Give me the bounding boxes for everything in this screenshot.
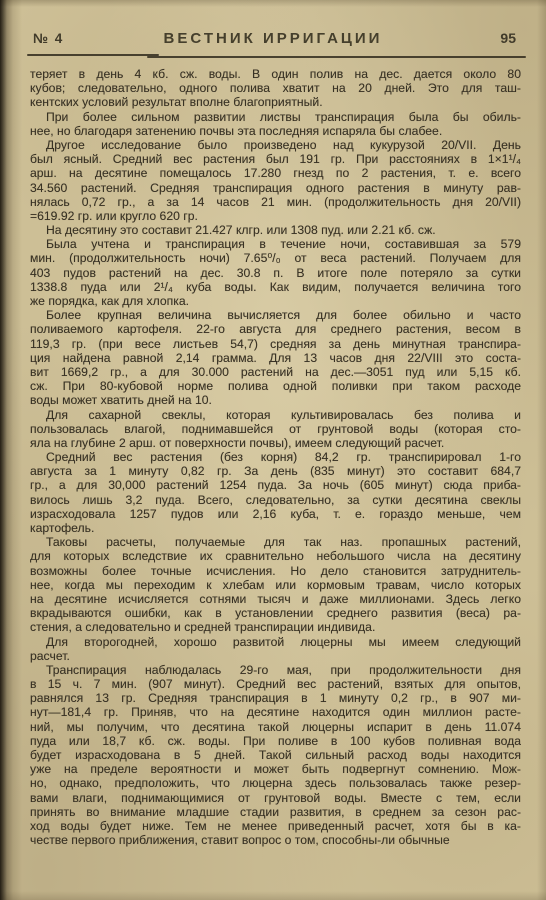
text-line: Средний вес растения (без корня) 84,2 гр… [30, 450, 521, 464]
text-line: честве первого приближения, ставит вопро… [30, 833, 521, 847]
binding-shadow [0, 0, 22, 900]
text-line: нялась 0,72 гр., а за 14 часов 21 мин. (… [30, 195, 521, 209]
text-line: для которых вследствие их сравнительно н… [30, 549, 521, 563]
text-line: Для сахарной свеклы, которая культивиров… [30, 408, 521, 422]
text-line: На десятину это составит 21.427 клгр. ил… [30, 223, 521, 237]
text-line: но, однако, предположить, что люцерна зд… [30, 776, 521, 790]
article-body: теряет в день 4 кб. сж. воды. В один пол… [30, 67, 521, 847]
text-line: Таковы расчеты, получаемые для так наз. … [30, 535, 521, 549]
text-line: вами влаги, поднимающимися от грунтовой … [30, 791, 521, 805]
text-line: При более сильном развитии листвы трансп… [30, 110, 521, 124]
text-line: вит 1669,2 гр., а для 30.000 растений на… [30, 365, 521, 379]
text-line: сж. При 80-кубовой норме полива одной по… [30, 379, 521, 393]
text-line: в 15 ч. 7 мин. (907 минут). Средний вес … [30, 677, 521, 691]
text-line: Была учтена и транспирация в течение ноч… [30, 237, 521, 251]
text-line: воды может хватить дней на 10. [30, 393, 521, 407]
text-line: нее, но благодаря затенению почвы эта по… [30, 124, 521, 138]
text-line: будет израсходована в 5 дней. Такой силь… [30, 748, 521, 762]
text-line: августа за 1 минуту 0,82 гр. За день (83… [30, 464, 521, 478]
text-line: картофель. [30, 521, 521, 535]
paragraph: Для сахарной свеклы, которая культивиров… [30, 408, 521, 451]
text-line: яла на глубине 2 арш. от поверхности поч… [30, 436, 521, 450]
text-line: мин. (продолжительность ночи) 7.65⁰/₀ от… [30, 251, 521, 265]
paragraph: Была учтена и транспирация в течение ноч… [30, 237, 521, 308]
text-line: уже на пределе вероятности и может быть … [30, 762, 521, 776]
paragraph: теряет в день 4 кб. сж. воды. В один пол… [30, 67, 521, 110]
paragraph: Транспирация наблюдалась 29-го мая, при … [30, 663, 521, 847]
paragraph: На десятину это составит 21.427 клгр. ил… [30, 223, 521, 237]
text-line: пользовалась влагой, поднимавшейся от гр… [30, 422, 521, 436]
text-line: нут—181,4 гр. Приняв, что на десятине на… [30, 705, 521, 719]
text-line: =619.92 гр. или кругло 620 гр. [30, 209, 521, 223]
paragraph: Другое исследование было произведено над… [30, 138, 521, 223]
text-line: 403 пудов растений на дес. 30.8 п. В ито… [30, 266, 521, 280]
text-line: стения, а следовательно и средней трансп… [30, 620, 521, 634]
paragraph: Для второгодней, хорошо развитой люцерны… [30, 635, 521, 663]
text-line: кентских условий результат вполне благоп… [30, 95, 521, 109]
text-line: нее, когда мы переходим к хлебам или кор… [30, 578, 521, 592]
page-header: № 4 ВЕСТНИК ИРРИГАЦИИ 95 [0, 0, 546, 60]
text-line: Более крупная величина вычисляется для б… [30, 308, 521, 322]
text-line: равнялся 13 гр. Средняя транспирация в 1… [30, 691, 521, 705]
text-line: вкрадываются ошибки, как в установлении … [30, 606, 521, 620]
journal-page: № 4 ВЕСТНИК ИРРИГАЦИИ 95 теряет в день 4… [0, 0, 546, 900]
text-line: Транспирация наблюдалась 29-го мая, при … [30, 663, 521, 677]
text-line: на десятине исчисляется сотнями тысяч и … [30, 592, 521, 606]
journal-title: ВЕСТНИК ИРРИГАЦИИ [0, 30, 546, 47]
text-line: ний, мы получим, что десятина такой люце… [30, 720, 521, 734]
paragraph: При более сильном развитии листвы трансп… [30, 110, 521, 138]
text-line: арш. на десятине помещалось 17.280 гнезд… [30, 166, 521, 180]
text-line: ход воды будет ниже. Тем не менее привед… [30, 819, 521, 833]
header-rule-main [147, 56, 526, 58]
paragraph: Таковы расчеты, получаемые для так наз. … [30, 535, 521, 634]
text-line: теряет в день 4 кб. сж. воды. В один пол… [30, 67, 521, 81]
text-line: же порядка, как для хлопка. [30, 294, 521, 308]
text-line: израсходовала 1257 пудов или 2,16 куба, … [30, 507, 521, 521]
text-line: Для второгодней, хорошо развитой люцерны… [30, 635, 521, 649]
text-line: был ясный. Средний вес растения был 191 … [30, 152, 521, 166]
text-line: поливаемого картофеля. 22-го августа для… [30, 322, 521, 336]
text-line: 34.560 растений. Средняя транспирация од… [30, 181, 521, 195]
text-line: возможны более точные исчисления. Но дел… [30, 564, 521, 578]
text-line: ция найдена равной 2,14 грамма. Для 13 ч… [30, 351, 521, 365]
header-rule-left [27, 54, 159, 56]
text-line: 1338.8 пуда или 2¹/₄ куба воды. Как види… [30, 280, 521, 294]
text-line: кубов; следовательно, одного полива хват… [30, 81, 521, 95]
page-number: 95 [500, 30, 516, 46]
paragraph: Средний вес растения (без корня) 84,2 гр… [30, 450, 521, 535]
text-line: расчет. [30, 649, 521, 663]
text-line: вилось лишь 3,2 пуда. Всего, следователь… [30, 493, 521, 507]
text-line: 119,3 гр. (при весе листьев 54,7) средня… [30, 337, 521, 351]
text-line: принять во внимание младшие стадии разви… [30, 805, 521, 819]
text-line: Другое исследование было произведено над… [30, 138, 521, 152]
text-line: гр., а для 30,000 растений 1254 пуда. За… [30, 478, 521, 492]
paragraph: Более крупная величина вычисляется для б… [30, 308, 521, 407]
text-line: пуда или 18,7 кб. сж. воды. При поливе в… [30, 734, 521, 748]
